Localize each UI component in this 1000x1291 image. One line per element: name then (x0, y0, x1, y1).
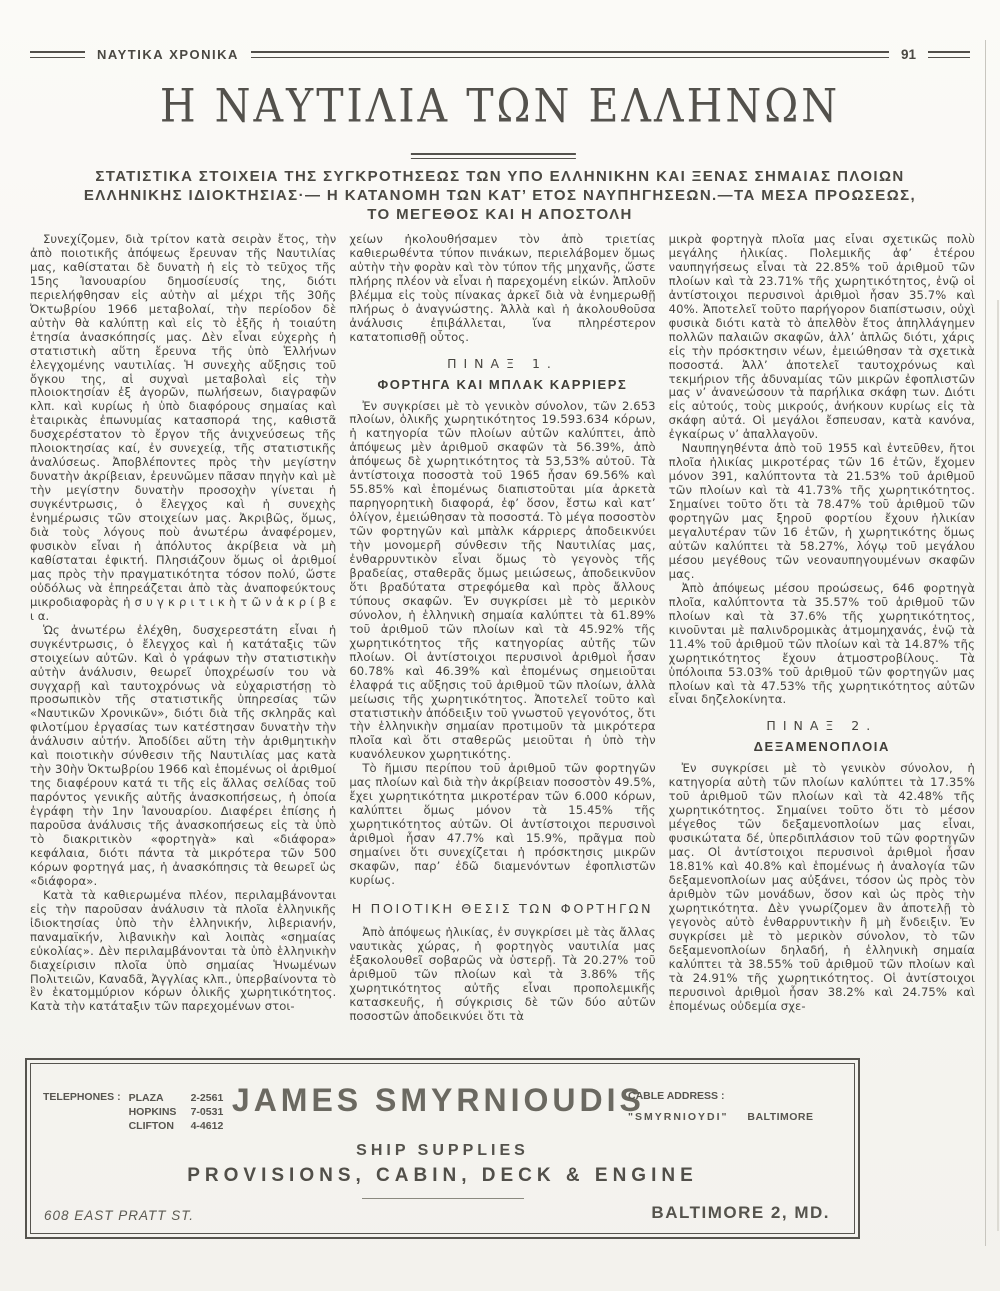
scan-edge-line (997, 300, 999, 1231)
ad-street-address: 608 EAST PRATT ST. (44, 1208, 194, 1223)
ad-cable-city: BALTIMORE (747, 1111, 813, 1123)
ad-company-name: JAMES SMYRNIOUDIS (232, 1082, 645, 1119)
paragraph: μικρὰ φορτηγὰ πλοῖα μας εἶναι σχετικῶς π… (669, 233, 975, 442)
table-heading-pinax-2: ΠΙΝΑΞ 2. (669, 719, 975, 733)
column-1: Συνεχίζομεν, διὰ τρίτον κατὰ σειρὰν ἔτος… (30, 233, 336, 1066)
title-rule (411, 153, 576, 159)
section-heading-tankers: ΔΕΞΑΜΕΝΟΠΛΟΙΑ (669, 740, 975, 754)
paragraph: Τὸ ἥμισυ περίπου τοῦ ἀριθμοῦ τῶν φορτηγῶ… (349, 762, 655, 888)
masthead-title: ΝΑΥΤΙΚΑ ΧΡΟΝΙΚΑ (97, 47, 239, 62)
article-body: Συνεχίζομεν, διὰ τρίτον κατὰ σειρὰν ἔτος… (30, 233, 975, 1066)
ad-phone-number: 2-2561 (191, 1091, 224, 1105)
paragraph: χείων ἠκολουθήσαμεν τὸν ἀπὸ τριετίας καθ… (349, 233, 655, 345)
ad-telephones-block: TELEPHONES : PLAZA 2-2561 HOPKINS 7-0531… (43, 1091, 223, 1133)
header-rule-right (928, 51, 970, 58)
ad-provisions-line: PROVISIONS, CABIN, DECK & ENGINE (31, 1165, 854, 1187)
header-rule-middle (251, 51, 889, 58)
ad-telephone-row: PLAZA 2-2561 (129, 1091, 224, 1105)
ad-city-address: BALTIMORE 2, MD. (651, 1203, 830, 1223)
column-2: χείων ἠκολουθήσαμεν τὸν ἀπὸ τριετίας καθ… (349, 233, 655, 1066)
ad-underline-rule (362, 1198, 524, 1199)
ad-telephone-list: PLAZA 2-2561 HOPKINS 7-0531 CLIFTON 4-46… (129, 1091, 224, 1133)
header-rule-left (30, 51, 85, 58)
ad-cable-value: "SMYRNIOYDI" (628, 1111, 728, 1123)
page-number: 91 (901, 47, 916, 62)
article-title: Η ΝΑΥΤΙΛΙΑ ΤΩΝ ΕΛΛΗΝΩΝ (0, 79, 1000, 133)
ad-phone-number: 7-0531 (191, 1105, 224, 1119)
advertisement-inner-border: TELEPHONES : PLAZA 2-2561 HOPKINS 7-0531… (30, 1063, 855, 1234)
ad-phone-exchange: CLIFTON (129, 1119, 191, 1133)
paragraph: Κατὰ τὰ καθιερωμένα πλέον, περιλαμβάνοντ… (30, 889, 336, 1015)
advertisement-box: TELEPHONES : PLAZA 2-2561 HOPKINS 7-0531… (25, 1058, 860, 1239)
ad-telephones-label: TELEPHONES : (43, 1091, 121, 1133)
ad-telephone-row: CLIFTON 4-4612 (129, 1119, 224, 1133)
ad-telephone-row: HOPKINS 7-0531 (129, 1105, 224, 1119)
subtitle-line-1: ΣΤΑΤΙΣΤΙΚΑ ΣΤΟΙΧΕΙΑ ΤΗΣ ΣΥΓΚΡΟΤΗΣΕΩΣ ΤΩΝ… (15, 167, 985, 186)
ad-cable-address: "SMYRNIOYDI" BALTIMORE (628, 1111, 814, 1123)
subtitle-line-3: ΤΟ ΜΕΓΕΘΟΣ ΚΑΙ Η ΑΠΟΣΤΟΛΗ (15, 205, 985, 224)
scan-fold-line (985, 40, 986, 1246)
subtitle-line-2: ΕΛΛΗΝΙΚΗΣ ΙΔΙΟΚΤΗΣΙΑΣ·— Η ΚΑΤΑΝΟΜΗ ΤΩΝ Κ… (15, 186, 985, 205)
running-head: ΝΑΥΤΙΚΑ ΧΡΟΝΙΚΑ 91 (30, 47, 970, 62)
ad-ship-supplies-line: SHIP SUPPLIES (31, 1142, 854, 1160)
table-heading-pinax-1: ΠΙΝΑΞ 1. (349, 357, 655, 371)
paragraph: Ἀπὸ ἀπόψεως μέσου προώσεως, 646 φορτηγὰ … (669, 582, 975, 708)
ad-phone-exchange: PLAZA (129, 1091, 191, 1105)
ad-phone-number: 4-4612 (191, 1119, 224, 1133)
paragraph: Ἀπὸ ἀπόψεως ἡλικίας, ἐν συγκρίσει μὲ τὰς… (349, 926, 655, 1024)
paragraph: Ἐν συγκρίσει μὲ τὸ γενικὸν σύνολον, τῶν … (349, 400, 655, 763)
paragraph: Συνεχίζομεν, διὰ τρίτον κατὰ σειρὰν ἔτος… (30, 233, 336, 624)
ad-cable-label: CABLE ADDRESS : (628, 1090, 814, 1102)
paragraph: Ὡς ἀνωτέρω ἐλέχθη, δυσχερεστάτη εἶναι ἡ … (30, 624, 336, 889)
section-heading-cargo-bulk-carriers: ΦΟΡΤΗΓΑ ΚΑΙ ΜΠΛΑΚ ΚΑΡΡΙΕΡΣ (349, 378, 655, 392)
paragraph: Ναυπηγηθέντα ἀπὸ τοῦ 1955 καὶ ἐντεῦθεν, … (669, 442, 975, 582)
ad-cable-block: CABLE ADDRESS : "SMYRNIOYDI" BALTIMORE (628, 1090, 814, 1123)
magazine-page: ΝΑΥΤΙΚΑ ΧΡΟΝΙΚΑ 91 Η ΝΑΥΤΙΛΙΑ ΤΩΝ ΕΛΛΗΝΩ… (0, 0, 1000, 1291)
column-3: μικρὰ φορτηγὰ πλοῖα μας εἶναι σχετικῶς π… (669, 233, 975, 1066)
ad-phone-exchange: HOPKINS (129, 1105, 191, 1119)
paragraph: Ἐν συγκρίσει μὲ τὸ γενικὸν σύνολον, ἡ κα… (669, 762, 975, 1013)
section-heading-quality-position: Η ΠΟΙΟΤΙΚΗ ΘΕΣΙΣ ΤΩΝ ΦΟΡΤΗΓΩΝ (349, 903, 655, 917)
article-subtitle: ΣΤΑΤΙΣΤΙΚΑ ΣΤΟΙΧΕΙΑ ΤΗΣ ΣΥΓΚΡΟΤΗΣΕΩΣ ΤΩΝ… (15, 167, 985, 224)
